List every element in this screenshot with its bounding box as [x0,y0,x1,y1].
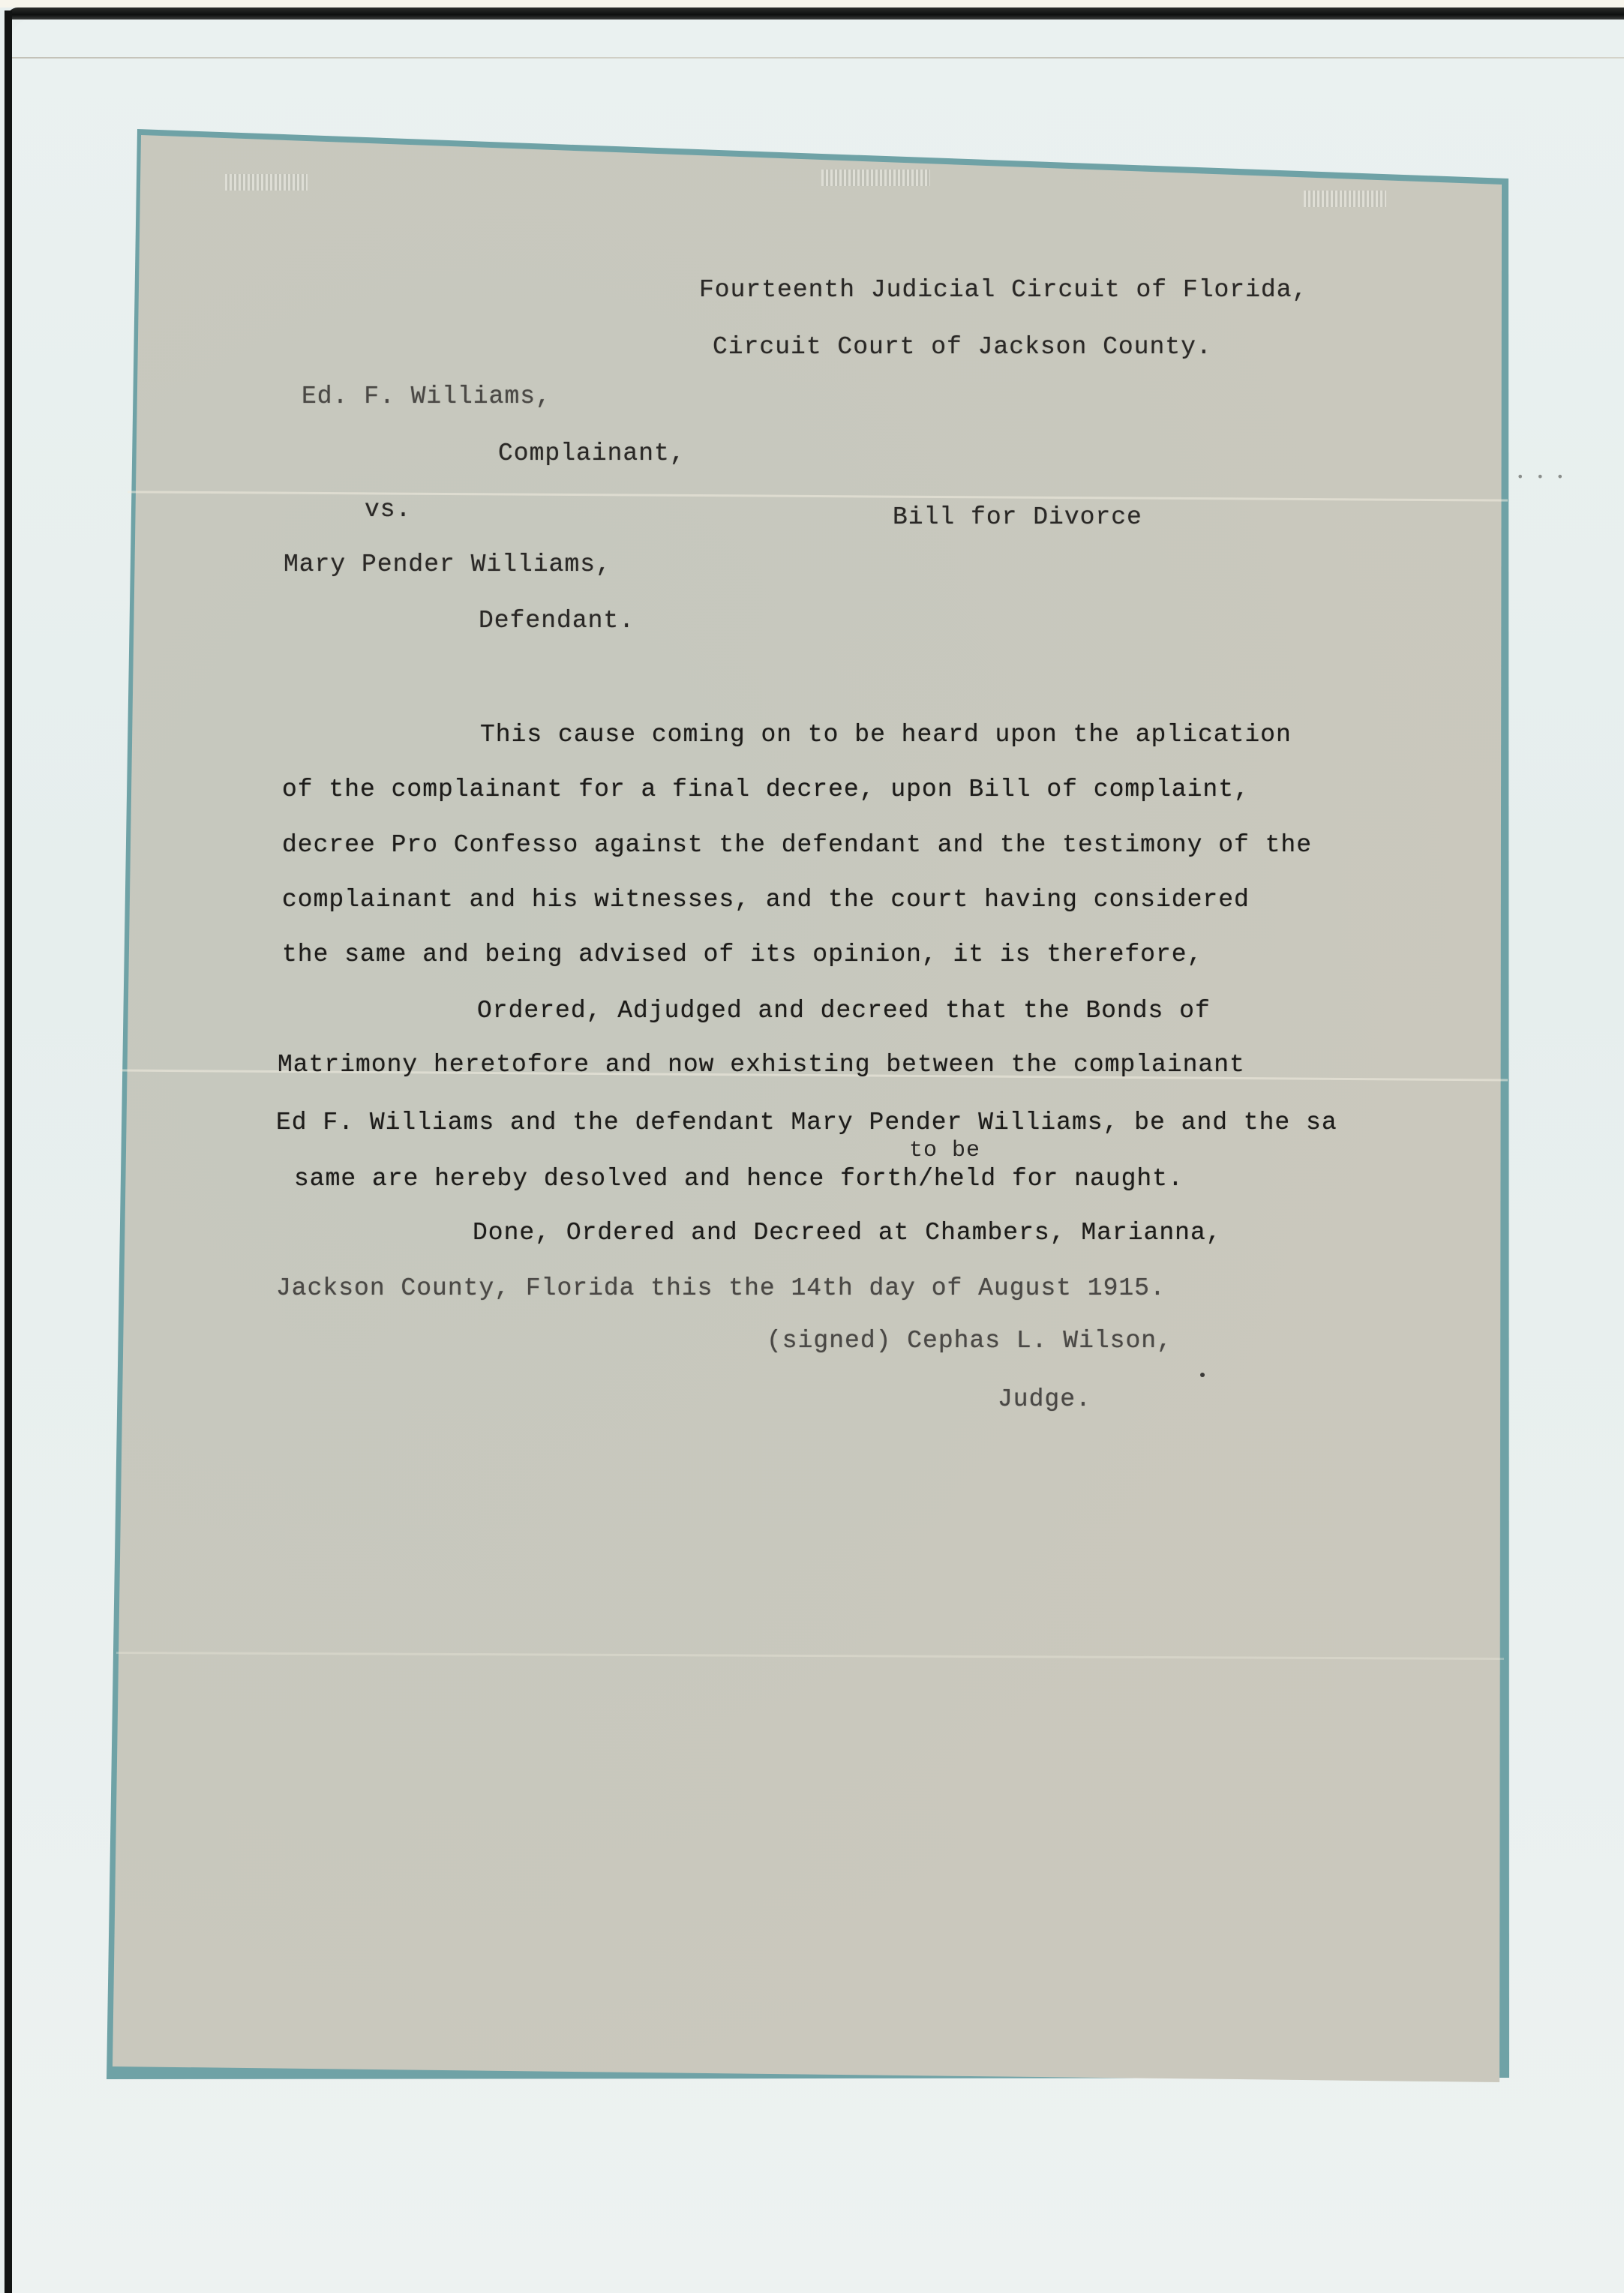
body-line: complainant and his witnesses, and the c… [282,885,1250,915]
body-line: of the complainant for a final decree, u… [282,775,1250,805]
body-line: Ordered, Adjudged and decreed that the B… [477,996,1211,1026]
stray-mark [1200,1373,1205,1377]
case-type: Bill for Divorce [893,503,1142,533]
interlinear-insertion: to be [909,1139,980,1163]
header-court: Circuit Court of Jackson County. [713,332,1212,362]
body-line: Jackson County, Florida this the 14th da… [276,1274,1166,1304]
body-line: decree Pro Confesso against the defendan… [282,830,1312,860]
defendant-label: Defendant. [479,606,635,636]
judge-title: Judge. [998,1385,1091,1415]
court-decree-document: Fourteenth Judicial Circuit of Florida, … [0,0,1624,2293]
body-line: Matrimony heretofore and now exhisting b… [278,1050,1245,1080]
complainant-name: Ed. F. Williams, [302,382,551,412]
versus-label: vs. [365,495,411,525]
body-line: Done, Ordered and Decreed at Chambers, M… [473,1218,1222,1248]
complainant-label: Complainant, [498,439,686,469]
body-line: This cause coming on to be heard upon th… [480,720,1292,750]
body-line: Ed F. Williams and the defendant Mary Pe… [276,1108,1337,1138]
header-circuit: Fourteenth Judicial Circuit of Florida, [699,275,1307,305]
body-line: the same and being advised of its opinio… [282,940,1202,970]
body-line: same are hereby desolved and hence forth… [294,1164,1184,1194]
signature-line: (signed) Cephas L. Wilson, [767,1326,1172,1356]
defendant-name: Mary Pender Williams, [284,550,611,580]
